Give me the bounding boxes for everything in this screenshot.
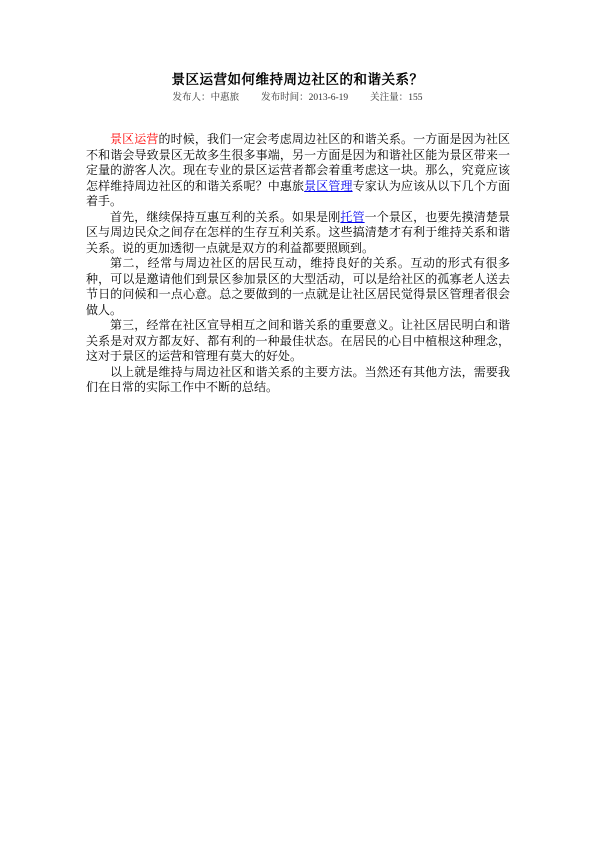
paragraph: 首先，继续保持互惠互利的关系。如果是刚托管一个景区，也要先摸清楚景区与周边民众之…	[86, 210, 510, 257]
document-page: 景区运营如何维持周边社区的和谐关系？ 发布人：中惠旅 发布时间：2013-6-1…	[0, 0, 595, 842]
article-body: 景区运营的时候，我们一定会考虑周边社区的和谐关系。一方面是因为社区不和谐会导致景…	[86, 132, 510, 396]
text-segment: 第三，经常在社区宣导相互之间和谐关系的重要意义。让社区居民明白和谐关系是对双方都…	[86, 318, 510, 363]
keyword-link[interactable]: 景区管理	[304, 179, 352, 193]
paragraph: 第二，经常与周边社区的居民互动，维持良好的关系。互动的形式有很多种，可以是邀请他…	[86, 256, 510, 318]
paragraph: 景区运营的时候，我们一定会考虑周边社区的和谐关系。一方面是因为社区不和谐会导致景…	[86, 132, 510, 210]
paragraph: 第三，经常在社区宣导相互之间和谐关系的重要意义。让社区居民明白和谐关系是对双方都…	[86, 318, 510, 365]
article-title: 景区运营如何维持周边社区的和谐关系？	[0, 72, 595, 88]
publish-time-field: 发布时间：2013-6-19	[261, 92, 348, 105]
views-value: 155	[408, 93, 422, 103]
paragraph: 以上就是维持与周边社区和谐关系的主要方法。当然还有其他方法，需要我们在日常的实际…	[86, 365, 510, 396]
highlight-red-text: 景区运营	[110, 132, 159, 146]
publish-time-value: 2013-6-19	[309, 93, 349, 103]
text-segment: 第二，经常与周边社区的居民互动，维持良好的关系。互动的形式有很多种，可以是邀请他…	[86, 256, 510, 317]
article-meta: 发布人：中惠旅 发布时间：2013-6-19 关注量：155	[0, 92, 595, 105]
publisher-label: 发布人：	[173, 93, 211, 103]
text-segment: 首先，继续保持互惠互利的关系。如果是刚	[110, 210, 340, 224]
views-label: 关注量：	[370, 93, 408, 103]
keyword-link[interactable]: 托管	[340, 210, 364, 224]
text-segment: 以上就是维持与周边社区和谐关系的主要方法。当然还有其他方法，需要我们在日常的实际…	[86, 365, 510, 395]
publisher-value: 中惠旅	[211, 93, 240, 103]
publish-time-label: 发布时间：	[261, 93, 309, 103]
publisher-field: 发布人：中惠旅	[173, 92, 240, 105]
views-field: 关注量：155	[370, 92, 422, 105]
